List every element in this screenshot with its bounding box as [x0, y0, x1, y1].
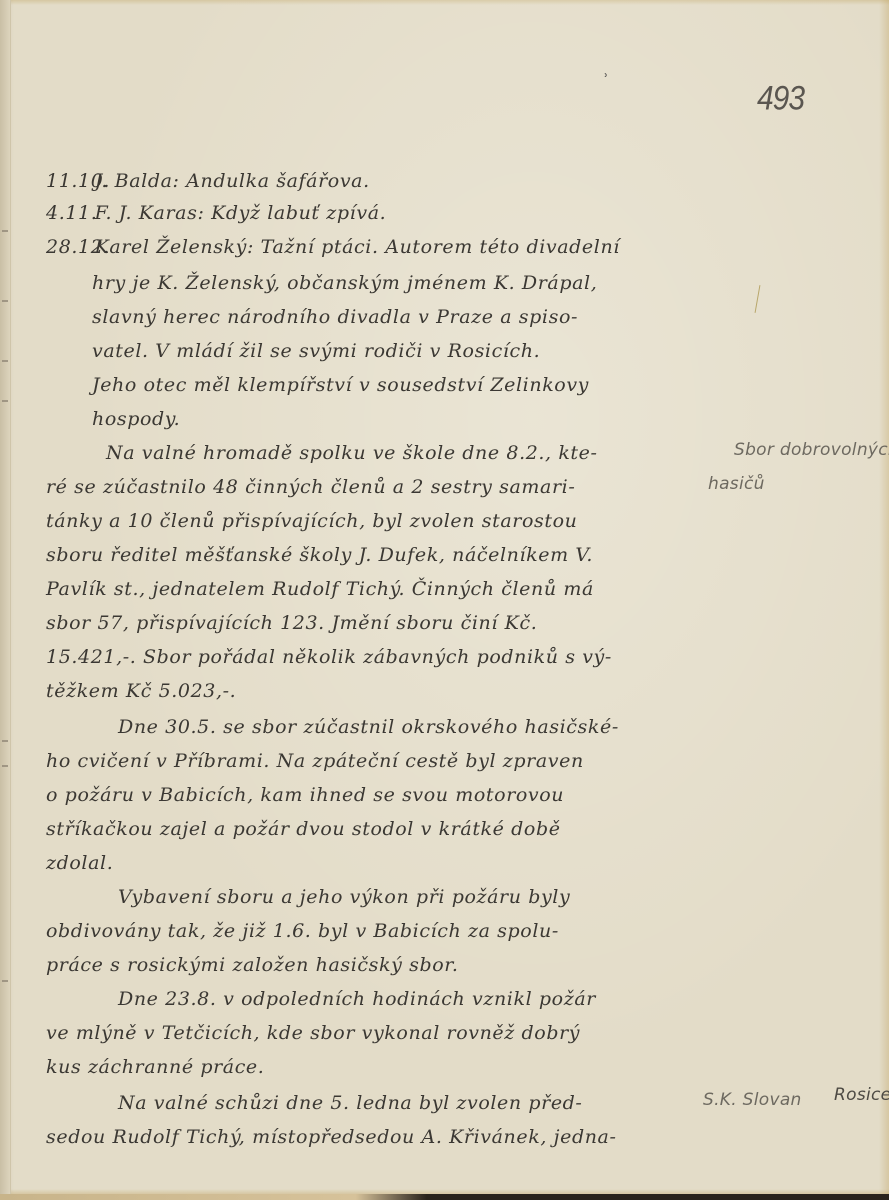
- text-line: ho cvičení v Příbrami. Na zpáteční cestě…: [46, 750, 584, 772]
- margin-note: hasičů: [708, 474, 765, 494]
- entry-date: 4.11.: [46, 202, 88, 224]
- bleed-mark: [2, 765, 8, 767]
- text-line: hospody.: [92, 408, 180, 430]
- book-bottom-edge: [0, 1194, 889, 1200]
- text-line: tánky a 10 členů přispívajících, byl zvo…: [46, 510, 577, 532]
- text-line: stříkačkou zajel a požár dvou stodol v k…: [46, 818, 561, 840]
- text-line: práce s rosickými založen hasičský sbor.: [46, 954, 459, 976]
- text-line: kus záchranné práce.: [46, 1056, 264, 1078]
- text-line: ve mlýně v Tetčicích, kde sbor vykonal r…: [46, 1022, 580, 1044]
- top-ink-mark: ʾ: [604, 72, 608, 88]
- margin-pencil-stroke: [755, 285, 761, 313]
- text-line: Dne 23.8. v odpoledních hodinách vznikl …: [118, 988, 596, 1010]
- bleed-mark: [2, 300, 8, 302]
- bleed-mark: [2, 740, 8, 742]
- text-line: sbor 57, přispívajících 123. Jmění sboru…: [46, 612, 537, 634]
- text-line: Na valné hromadě spolku ve škole dne 8.2…: [106, 442, 598, 464]
- text-line: obdivovány tak, že již 1.6. byl v Babicí…: [46, 920, 559, 942]
- text-line: zdolal.: [46, 852, 113, 874]
- text-line: Dne 30.5. se sbor zúčastnil okrskového h…: [118, 716, 619, 738]
- entry-text: Karel Želenský: Tažní ptáci. Autorem tét…: [95, 236, 620, 258]
- text-line: ré se zúčastnilo 48 činných členů a 2 se…: [46, 476, 575, 498]
- book-spine: [0, 0, 11, 1194]
- text-line: Na valné schůzi dne 5. ledna byl zvolen …: [118, 1092, 582, 1114]
- text-line: Vybavení sboru a jeho výkon při požáru b…: [118, 886, 570, 908]
- text-line: vatel. V mládí žil se svými rodiči v Ros…: [92, 340, 540, 362]
- bleed-mark: [2, 980, 8, 982]
- bleed-mark: [2, 230, 8, 232]
- entry-row: 4.11. F. J. Karas: Když labuť zpívá.: [46, 202, 386, 224]
- entry-row: 11.10. J. Balda: Andulka šafářova.: [46, 170, 370, 192]
- entry-row: 28.12. Karel Želenský: Tažní ptáci. Auto…: [46, 236, 620, 258]
- text-line: těžkem Kč 5.023,-.: [46, 680, 236, 702]
- text-line: Pavlík st., jednatelem Rudolf Tichý. Čin…: [46, 578, 594, 600]
- margin-note: Sbor dobrovolných: [734, 440, 889, 460]
- margin-note: S.K. Slovan: [703, 1090, 802, 1110]
- page-number: 493: [757, 79, 804, 118]
- text-line: hry je K. Želenský, občanským jménem K. …: [92, 272, 597, 294]
- margin-note: Rosice: [834, 1085, 889, 1105]
- ledger-page: ʾ 493 11.10. J. Balda: Andulka šafářova.…: [0, 0, 889, 1194]
- text-line: 15.421,-. Sbor pořádal několik zábavných…: [46, 646, 612, 668]
- text-line: sedou Rudolf Tichý, místopředsedou A. Kř…: [46, 1126, 617, 1148]
- entry-date: 28.12.: [46, 236, 88, 258]
- bleed-mark: [2, 400, 8, 402]
- text-line: Jeho otec měl klempířství v sousedství Z…: [92, 374, 589, 396]
- bleed-mark: [2, 360, 8, 362]
- entry-text: F. J. Karas: Když labuť zpívá.: [95, 202, 387, 224]
- text-line: slavný herec národního divadla v Praze a…: [92, 306, 578, 328]
- entry-date: 11.10.: [46, 170, 88, 192]
- text-line: sboru ředitel měšťanské školy J. Dufek, …: [46, 544, 593, 566]
- text-line: o požáru v Babicích, kam ihned se svou m…: [46, 784, 564, 806]
- entry-text: J. Balda: Andulka šafářova.: [95, 170, 370, 192]
